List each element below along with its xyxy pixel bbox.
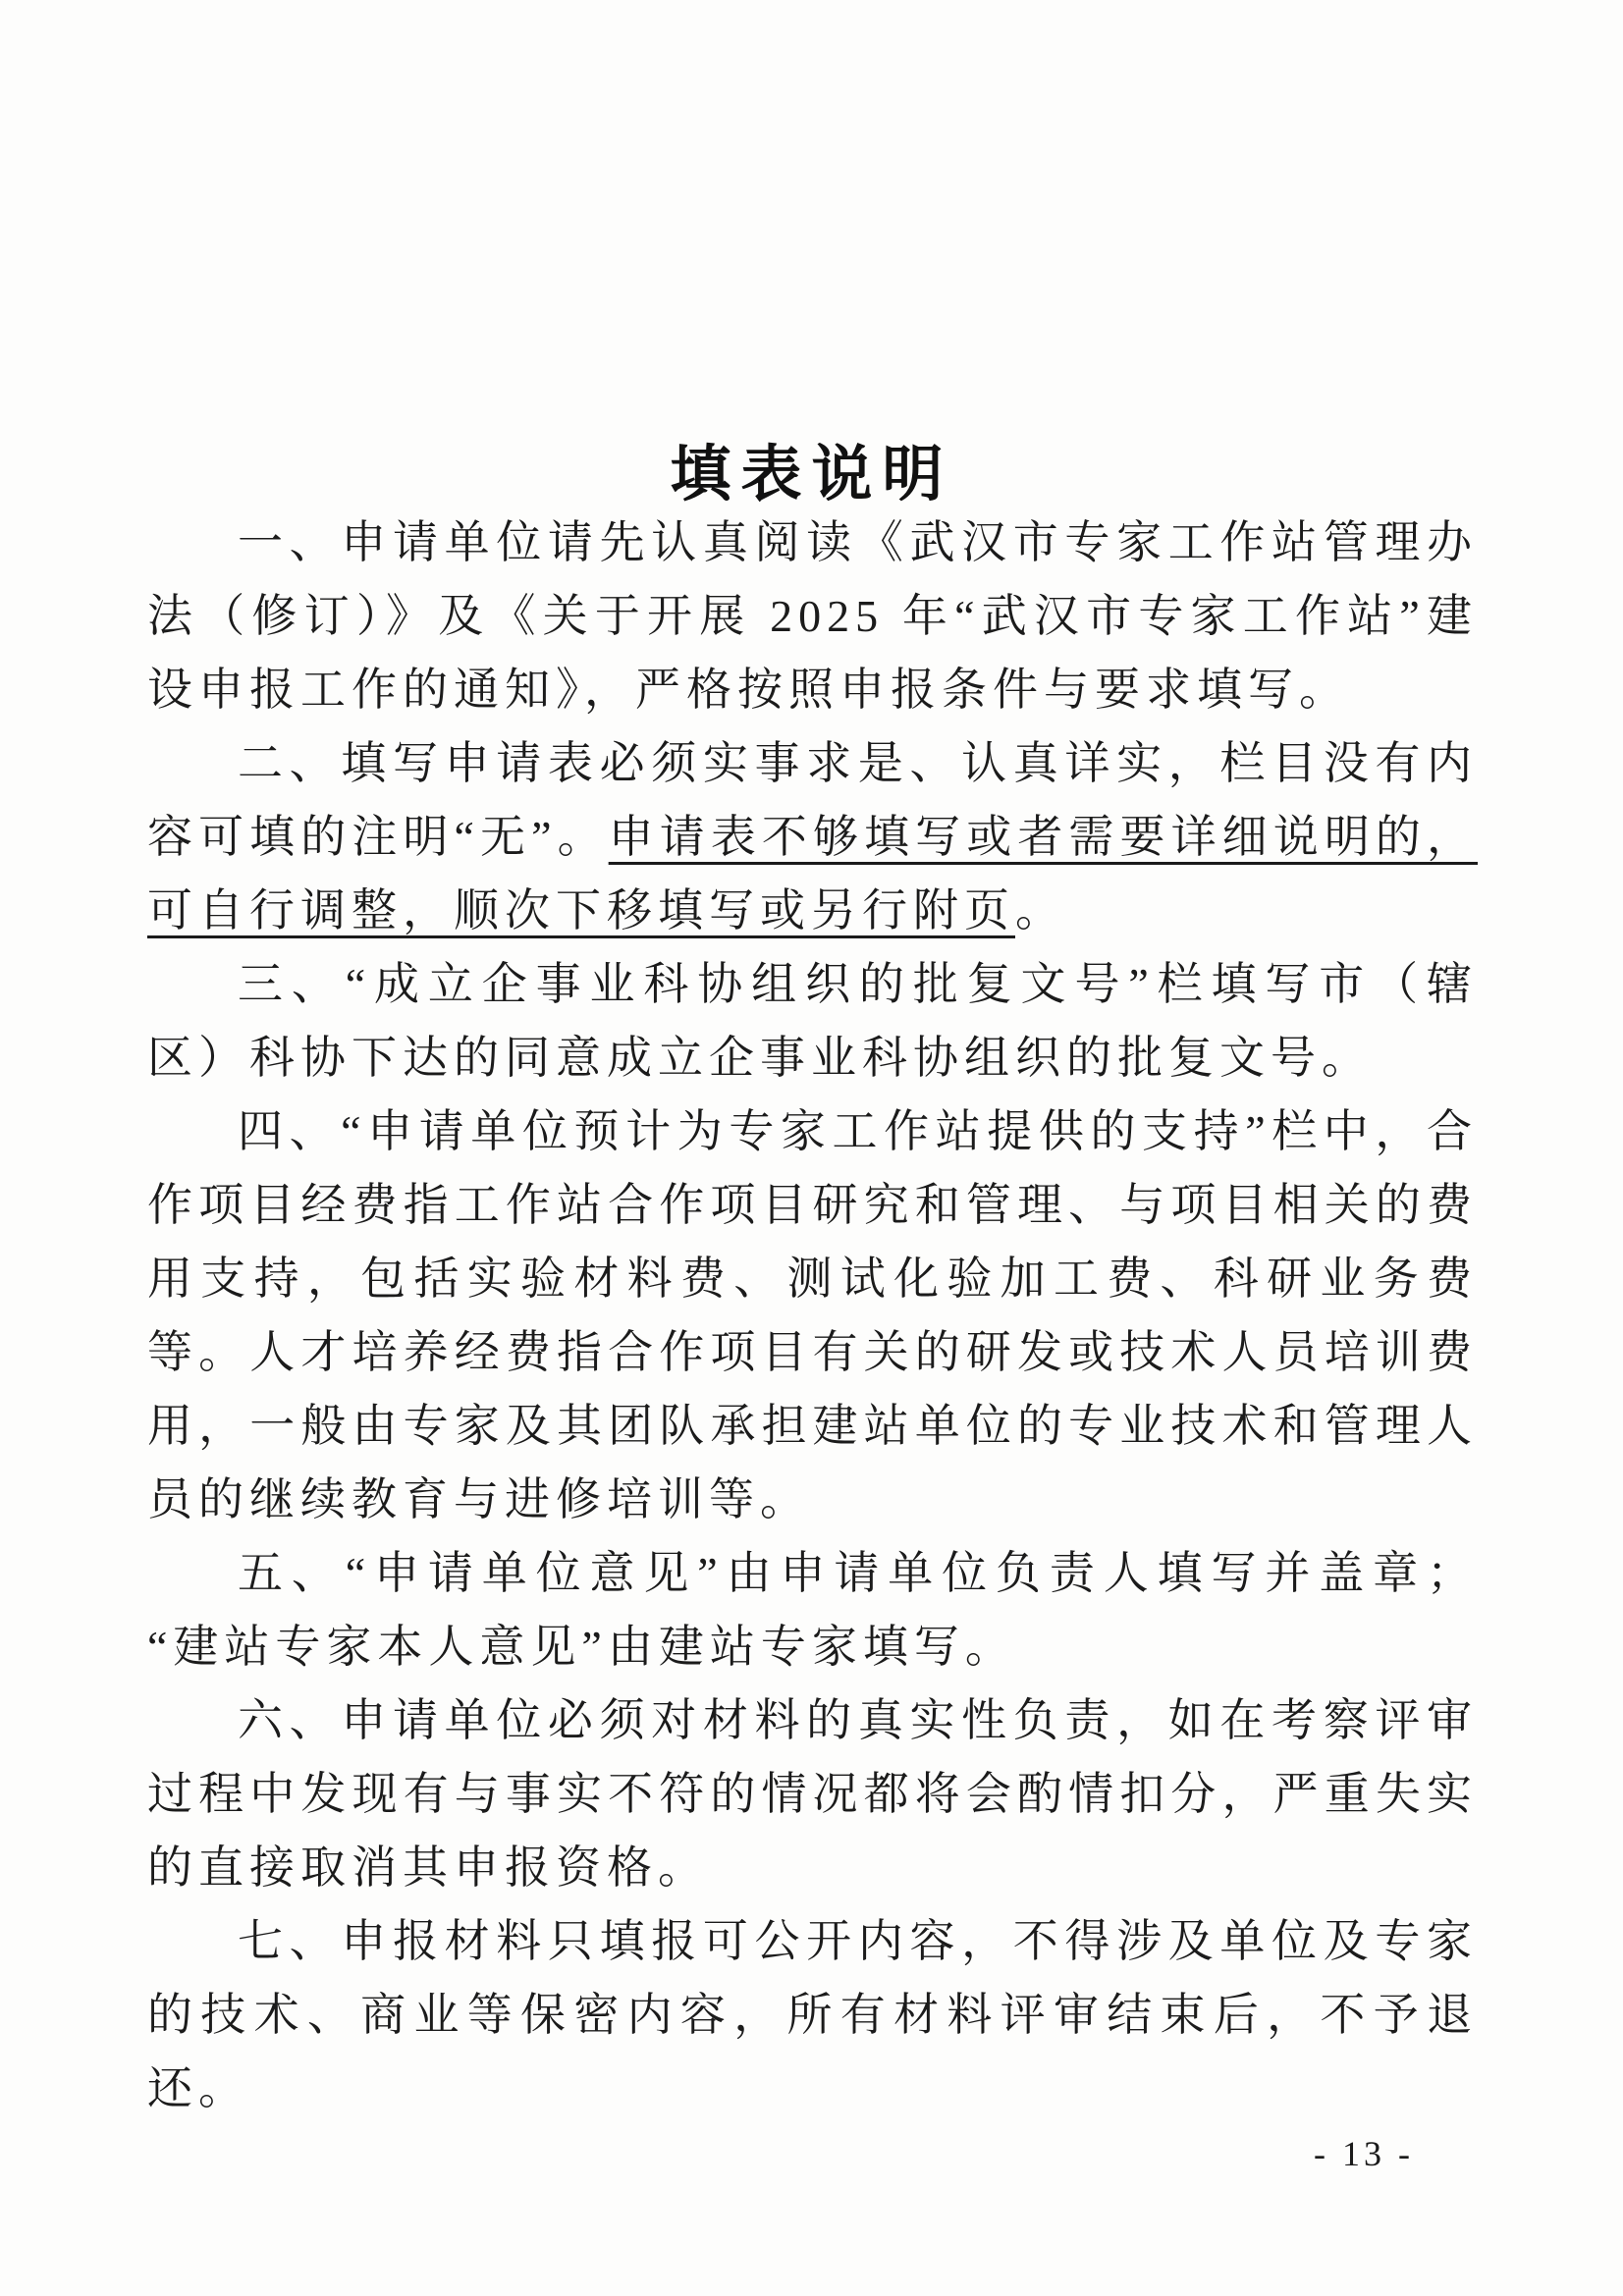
- paragraph-3: 三、“成立企事业科协组织的批复文号”栏填写市（辖区）科协下达的同意成立企事业科协…: [147, 947, 1478, 1095]
- paragraph-text: 六、申请单位必须对材料的真实性负责，如在考察评审过程中发现有与事实不符的情况都将…: [147, 1695, 1478, 1893]
- paragraph-text: 。: [1015, 885, 1066, 935]
- document-page: 填表说明 一、申请单位请先认真阅读《武汉市专家工作站管理办法（修订）》及《关于开…: [0, 0, 1623, 2296]
- paragraph-text: 三、“成立企事业科协组织的批复文号”栏填写市（辖区）科协下达的同意成立企事业科协…: [147, 959, 1478, 1083]
- paragraph-5: 五、“申请单位意见”由申请单位负责人填写并盖章；“建站专家本人意见”由建站专家填…: [147, 1536, 1478, 1683]
- page-number: - 13 -: [1314, 2132, 1414, 2175]
- instructions-body: 一、申请单位请先认真阅读《武汉市专家工作站管理办法（修订）》及《关于开展 202…: [147, 506, 1478, 2125]
- paragraph-text: 一、申请单位请先认真阅读《武汉市专家工作站管理办法（修订）》及《关于开展 202…: [147, 517, 1478, 715]
- paragraph-7: 七、申报材料只填报可公开内容，不得涉及单位及专家的技术、商业等保密内容，所有材料…: [147, 1904, 1478, 2125]
- paragraph-text: 七、申报材料只填报可公开内容，不得涉及单位及专家的技术、商业等保密内容，所有材料…: [147, 1916, 1478, 2113]
- paragraph-text: 五、“申请单位意见”由申请单位负责人填写并盖章；“建站专家本人意见”由建站专家填…: [147, 1548, 1478, 1672]
- paragraph-4: 四、“申请单位预计为专家工作站提供的支持”栏中，合作项目经费指工作站合作项目研究…: [147, 1095, 1478, 1536]
- paragraph-2: 二、填写申请表必须实事求是、认真详实，栏目没有内容可填的注明“无”。申请表不够填…: [147, 726, 1478, 947]
- page-title: 填表说明: [0, 439, 1623, 511]
- paragraph-6: 六、申请单位必须对材料的真实性负责，如在考察评审过程中发现有与事实不符的情况都将…: [147, 1683, 1478, 1904]
- paragraph-1: 一、申请单位请先认真阅读《武汉市专家工作站管理办法（修订）》及《关于开展 202…: [147, 506, 1478, 726]
- paragraph-text: 四、“申请单位预计为专家工作站提供的支持”栏中，合作项目经费指工作站合作项目研究…: [147, 1106, 1478, 1524]
